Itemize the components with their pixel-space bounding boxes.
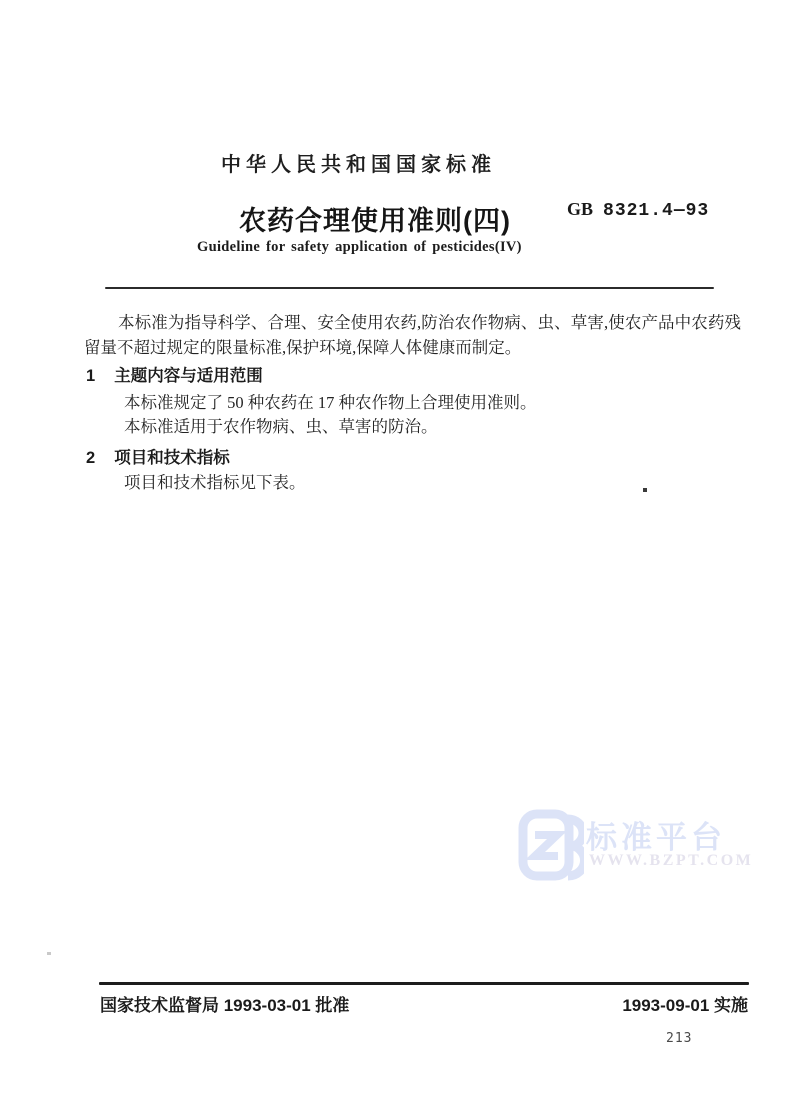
watermark-name: 标准平台 [586,812,726,857]
bzpt-logo-icon [518,806,584,886]
scan-artifact-dot [643,488,647,492]
section-2-heading: 2项目和技术指标 [86,444,230,468]
section-1-paragraph: 本标准适用于农作物病、虫、草害的防治。 [84,415,744,439]
intro-paragraph: 本标准为指导科学、合理、安全使用农药,防治农作物病、虫、草害,使农产品中农药残留… [84,311,741,360]
section-1-paragraph: 本标准规定了 50 种农药在 17 种农作物上合理使用准则。 [84,391,744,415]
document-page: 中华人民共和国国家标准 农药合理使用准则(四) GB8321.4—93 Guid… [0,0,800,1117]
national-standard-label: 中华人民共和国国家标准 [221,148,496,177]
footer-implementation: 1993-09-01 实施 [622,991,748,1016]
footer-divider [99,982,749,985]
scan-artifact-dot [47,952,51,955]
standard-prefix: GB [567,199,593,219]
watermark-url: WWW.BZPT.COM [589,852,753,870]
document-title: 农药合理使用准则(四) [239,199,511,238]
footer-approval: 国家技术监督局 1993-03-01 批准 [100,991,349,1016]
section-1-heading: 1主题内容与适用范围 [86,362,263,386]
standard-number: GB8321.4—93 [567,199,709,221]
header-divider [105,287,714,289]
section-2-number: 2 [86,449,95,468]
section-1-number: 1 [86,367,95,386]
section-2-title: 项目和技术指标 [114,449,230,467]
standard-code: 8321.4—93 [603,201,709,221]
english-title: Guideline for safety application of pest… [197,239,522,256]
page-number: 213 [666,1031,692,1046]
section-1-title: 主题内容与适用范围 [114,367,263,385]
